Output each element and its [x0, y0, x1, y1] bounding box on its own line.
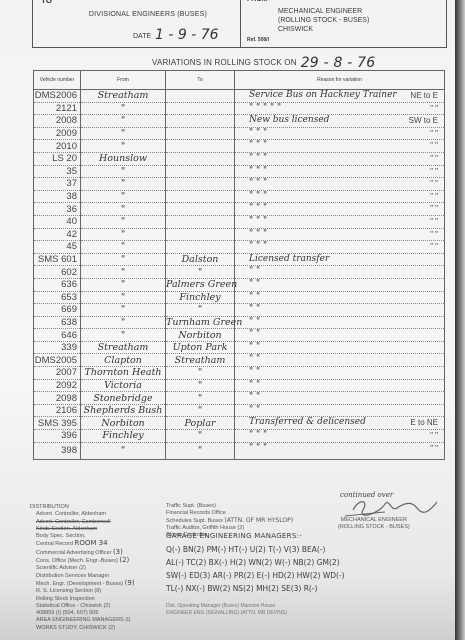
table-body: DMS2006StreathamService Bus on Hackney T…: [34, 90, 445, 460]
to-garage: [166, 178, 235, 191]
vehicle-number: 398: [34, 442, 81, 459]
reason-cell: " ": [235, 291, 445, 304]
from-garage: Victoria: [81, 379, 166, 392]
table-row: 2098Stonebridge"" ": [34, 392, 445, 405]
vehicle-number: 653: [34, 291, 81, 304]
table-row: 40"" " "" ": [34, 215, 445, 228]
scan-edge-shadow: [455, 0, 465, 640]
signatory-line: MECHANICAL ENGINEER: [338, 517, 410, 524]
reason-cell: " ": [235, 316, 445, 329]
distribution-item-text: Mech. Engr. (Development - Buses): [36, 581, 123, 587]
reason-text: Service Bus on Hackney Trainer: [249, 90, 397, 101]
from-garage: Stonebridge: [81, 392, 166, 405]
reason-cell: " " "" ": [235, 190, 445, 203]
distribution-list: DISTRIBUTION Advert. Controller, Aldenha…: [30, 504, 155, 632]
table-row: 396Finchley"" " "" ": [34, 430, 445, 443]
sender-line: (ROLLING STOCK - BUSES): [278, 16, 369, 25]
garage-engineering-managers: GARAGE ENGINEERING MANAGERS:- Q(-) BN(2)…: [166, 530, 456, 595]
reason-text: " ": [249, 367, 260, 378]
from-garage: ": [81, 115, 166, 128]
table-row: 602""" ": [34, 266, 445, 279]
distribution-item: Schedules Supt. Buses (ATTN. OF MR HYSLO…: [166, 517, 316, 525]
sender-line: MECHANICAL ENGINEER: [278, 7, 369, 16]
distribution-item-text: Scientific Adviser (2): [36, 565, 86, 571]
sender: MECHANICAL ENGINEER (ROLLING STOCK - BUS…: [278, 7, 369, 34]
reason-text: " " ": [249, 241, 267, 252]
reason-text: New bus licensed: [249, 115, 329, 126]
distribution-item-text: Advert. Controller, Aldenham: [36, 511, 106, 517]
reason-text: " " " " ": [249, 103, 281, 114]
vehicle-number: 2106: [34, 404, 81, 417]
reason-cell: " " "" ": [235, 228, 445, 241]
from-garage: Thornton Heath: [81, 367, 166, 380]
from-garage: Finchley: [81, 430, 166, 443]
reason-text: " " ": [249, 166, 267, 177]
reason-cell: " " "" ": [235, 178, 445, 191]
vehicle-number: 35: [34, 165, 81, 178]
distribution-item-text: Advert. Controller, Camberwell: [36, 519, 111, 525]
table-row: LS 20Hounslow" " "" ": [34, 152, 445, 165]
from-garage: ": [81, 316, 166, 329]
reason-cell: " " " " "" ": [235, 102, 445, 115]
reason-cell: " " "" ": [235, 165, 445, 178]
document-title: VARIATIONS IN ROLLING STOCK ON29 - 8 - 7…: [152, 55, 375, 71]
reason-cell: Service Bus on Hackney TrainerNE to E: [235, 90, 445, 103]
table-row: 37"" " "" ": [34, 178, 445, 191]
reason-text: " " ": [249, 216, 267, 227]
from-garage: Streatham: [81, 90, 166, 103]
table-row: 2009"" " "" ": [34, 127, 445, 140]
to-garage: [166, 115, 235, 128]
to-garage: Upton Park: [166, 341, 235, 354]
vehicle-number: 2009: [34, 127, 81, 140]
from-garage: ": [81, 442, 166, 459]
from-garage: ": [81, 190, 166, 203]
to-garage: Finchley: [166, 291, 235, 304]
to-garage: [166, 203, 235, 216]
vehicle-number: 2007: [34, 367, 81, 380]
garage-line: Q(-) BN(2) PM(-) HT(-) U(2) T(-) V(3) BE…: [166, 543, 456, 556]
region-change: " ": [430, 128, 438, 139]
distribution-item-note: (2): [119, 556, 129, 564]
from-garage: ": [81, 291, 166, 304]
distribution-item-text: Distribution Services Manager: [36, 573, 109, 579]
garage-heading: GARAGE ENGINEERING MANAGERS:-: [166, 530, 456, 543]
title-text: VARIATIONS IN ROLLING STOCK ON: [152, 58, 297, 67]
vehicle-number: 45: [34, 241, 81, 254]
table-row: 2008"New bus licensedSW to E: [34, 115, 445, 128]
memo-header: TO DIVISIONAL ENGINEERS (BUSES) DATE 1 -…: [32, 0, 447, 48]
col-to: To: [166, 71, 235, 90]
from-garage: Streatham: [81, 341, 166, 354]
distribution-item: Statistical Office - Chiswick (2): [36, 603, 155, 610]
to-garage: [166, 190, 235, 203]
distribution-item: Central Record ROOM 34: [36, 540, 155, 548]
table-row: SMS 601"DalstonLicensed transfer: [34, 253, 445, 266]
to-label: TO: [41, 0, 52, 5]
reason-cell: " ": [235, 367, 445, 380]
reason-text: " ": [249, 266, 260, 277]
reason-cell: " ": [235, 379, 445, 392]
vehicle-number: 40: [34, 215, 81, 228]
region-change: E to NE: [410, 417, 438, 428]
distribution-item: AREA ENGINEERING MANAGERS (I): [36, 617, 155, 624]
reason-text: " " ": [249, 443, 267, 454]
distribution-item-note: (9): [125, 579, 135, 587]
region-change: " ": [430, 216, 438, 227]
to-garage: ": [166, 379, 235, 392]
distribution-item-text: Schedules Supt. Buses: [166, 518, 223, 524]
reason-cell: " ": [235, 404, 445, 417]
vehicle-number: 638: [34, 316, 81, 329]
to-garage: ": [166, 266, 235, 279]
vehicle-number: SMS 395: [34, 417, 81, 430]
table-row: 653"Finchley" ": [34, 291, 445, 304]
col-from: From: [81, 71, 166, 90]
distribution-item-text: Statistical Office - Chiswick (2): [36, 603, 110, 609]
distribution-items: Advert. Controller, AldenhamAdvert. Cont…: [30, 511, 155, 632]
signature-scribble-icon: [345, 496, 440, 518]
distribution-item: 408859 (I) (504, 607) 505: [36, 610, 155, 617]
table-row: DMS2006StreathamService Bus on Hackney T…: [34, 90, 445, 103]
distribution-item: Rolling Stock Inspection: [36, 596, 155, 603]
reason-text: " ": [249, 317, 260, 328]
distribution-item-text: Body Spec. Section,: [36, 533, 86, 539]
distribution-item-text: Kinds Section, Aldenham: [36, 526, 97, 532]
variations-table: Vehicle number From To Reason for variat…: [33, 70, 445, 460]
reason-cell: " " "" ": [235, 140, 445, 153]
table-row: 38"" " "" ": [34, 190, 445, 203]
reason-text: " ": [249, 380, 260, 391]
footer-notes: Dist. Operating Manager (Buses) Mansion …: [166, 603, 287, 617]
signatory-title: MECHANICAL ENGINEER (ROLLING STOCK - BUS…: [338, 517, 410, 530]
vehicle-number: 38: [34, 190, 81, 203]
table-row: 339StreathamUpton Park" ": [34, 341, 445, 354]
table-row: 398""" " "" ": [34, 442, 445, 459]
distribution-item-note: (3): [113, 548, 123, 556]
table-row: 669""" ": [34, 304, 445, 317]
from-garage: ": [81, 329, 166, 342]
reason-text: " ": [249, 354, 260, 365]
vehicle-number: 2121: [34, 102, 81, 115]
to-garage: ": [166, 392, 235, 405]
to-garage: ": [166, 442, 235, 459]
sender-line: CHISWICK: [278, 25, 369, 34]
distribution-item-text: Central Record: [36, 541, 73, 547]
region-change: " ": [430, 178, 438, 189]
title-date: 29 - 8 - 76: [301, 55, 376, 71]
vehicle-number: 2010: [34, 140, 81, 153]
reason-cell: " ": [235, 341, 445, 354]
reason-text: Licensed transfer: [249, 254, 329, 265]
from-garage: ": [81, 203, 166, 216]
reason-text: " ": [249, 329, 260, 340]
from-garage: Norbiton: [81, 417, 166, 430]
reason-cell: New bus licensedSW to E: [235, 115, 445, 128]
vehicle-number: 602: [34, 266, 81, 279]
signatory-line: (ROLLING STOCK - BUSES): [338, 524, 410, 531]
to-garage: [166, 165, 235, 178]
distribution-item: Mech. Engr. (Development - Buses) (9): [36, 580, 155, 588]
distribution-item-text: 408859 (I) (504, 607) 505: [36, 610, 98, 616]
vehicle-number: 646: [34, 329, 81, 342]
to-garage: ": [166, 367, 235, 380]
vehicle-number: 36: [34, 203, 81, 216]
reason-cell: " " "" ": [235, 215, 445, 228]
vehicle-number: SMS 601: [34, 253, 81, 266]
to-garage: ": [166, 304, 235, 317]
to-garage: [166, 140, 235, 153]
table-row: 2010"" " "" ": [34, 140, 445, 153]
to-garage: Norbiton: [166, 329, 235, 342]
vehicle-number: 2098: [34, 392, 81, 405]
table-row: 2092Victoria"" ": [34, 379, 445, 392]
distribution-item: Commercial Advertising Officer (3): [36, 549, 155, 557]
distribution-item-text: Traffic Supt. (Buses): [166, 503, 216, 509]
table-row: 42"" " "" ": [34, 228, 445, 241]
reason-text: Transferred & delicensed: [249, 417, 366, 428]
to-garage: Streatham: [166, 354, 235, 367]
table-row: 638"Turnham Green" ": [34, 316, 445, 329]
distribution-item: Advert. Controller, Aldenham: [36, 511, 155, 518]
garage-line: AL(-) TC(2) BX(-) H(2) WN(2) W(-) NB(2) …: [166, 556, 456, 569]
from-garage: ": [81, 165, 166, 178]
distribution-item: Cons. Office (Mech. Engr.-Buses) (2): [36, 557, 155, 565]
from-garage: ": [81, 253, 166, 266]
to-garage: [166, 228, 235, 241]
garage-line: TL(-) NX(-) BW(2) NS(2) MH(2) SE(3) R(-): [166, 582, 456, 595]
vehicle-number: LS 20: [34, 152, 81, 165]
reason-cell: " ": [235, 304, 445, 317]
reason-text: " " ": [249, 153, 267, 164]
reason-cell: " ": [235, 392, 445, 405]
region-change: " ": [430, 166, 438, 177]
document-page: TO DIVISIONAL ENGINEERS (BUSES) DATE 1 -…: [0, 0, 455, 640]
vehicle-number: 669: [34, 304, 81, 317]
col-vehicle-number: Vehicle number: [34, 71, 81, 90]
table-header-row: Vehicle number From To Reason for variat…: [34, 71, 445, 90]
from-garage: ": [81, 102, 166, 115]
table-row: 2007Thornton Heath"" ": [34, 367, 445, 380]
reason-text: " ": [249, 304, 260, 315]
reason-text: " ": [249, 392, 260, 403]
distribution-item: Traffic Supt. (Buses): [166, 503, 316, 510]
from-garage: ": [81, 278, 166, 291]
reason-text: " " ": [249, 178, 267, 189]
region-change: " ": [430, 229, 438, 240]
reason-cell: Licensed transfer: [235, 253, 445, 266]
reason-text: " ": [249, 279, 260, 290]
reason-cell: " " "" ": [235, 241, 445, 254]
table-row: DMS2005ClaptonStreatham" ": [34, 354, 445, 367]
region-change: NE to E: [410, 90, 438, 101]
distribution-item-text: Financial Records Office: [166, 510, 226, 516]
vehicle-number: 339: [34, 341, 81, 354]
date-value: 1 - 9 - 76: [155, 27, 219, 43]
vehicle-number: 2008: [34, 115, 81, 128]
garage-line: SW(-) ED(3) AR(-) PR(2) E(-) HD(2) HW(2)…: [166, 569, 456, 582]
recipient: DIVISIONAL ENGINEERS (BUSES): [63, 11, 233, 18]
table-row: 646"Norbiton" ": [34, 329, 445, 342]
reason-text: " ": [249, 342, 260, 353]
vehicle-number: DMS2006: [34, 90, 81, 103]
distribution-item-note: (ATTN. OF MR HYSLOP): [224, 517, 293, 524]
vehicle-number: 396: [34, 430, 81, 443]
date-label: DATE: [133, 33, 151, 40]
region-change: " ": [430, 140, 438, 151]
to-garage: [166, 90, 235, 103]
vehicle-number: 37: [34, 178, 81, 191]
from-label: FROM: [247, 0, 268, 3]
reason-text: " ": [249, 405, 260, 416]
distribution-item: WORKS STUDY, CHISWICK (2): [36, 625, 155, 632]
from-garage: ": [81, 241, 166, 254]
table-row: SMS 395NorbitonPoplarTransferred & delic…: [34, 417, 445, 430]
distribution-item-text: WORKS STUDY, CHISWICK (2): [36, 625, 115, 631]
distribution-item-text: Rolling Stock Inspection: [36, 596, 95, 602]
table-row: 35"" " "" ": [34, 165, 445, 178]
vehicle-number: 2092: [34, 379, 81, 392]
distribution-item: Scientific Adviser (2): [36, 565, 155, 572]
to-garage: [166, 127, 235, 140]
reason-cell: " ": [235, 266, 445, 279]
vehicle-number: DMS2005: [34, 354, 81, 367]
distribution-item-note: ROOM 34: [75, 539, 108, 547]
distribution-item-text: Cons. Office (Mech. Engr.-Buses): [36, 558, 118, 564]
reason-text: " " ": [249, 203, 267, 214]
col-reason: Reason for variation: [235, 71, 445, 90]
table-row: 636"Palmers Green" ": [34, 278, 445, 291]
to-garage: [166, 102, 235, 115]
reason-text: " " ": [249, 430, 267, 441]
reason-text: " " ": [249, 140, 267, 151]
from-garage: Hounslow: [81, 152, 166, 165]
from-garage: Clapton: [81, 354, 166, 367]
footer-line: Dist. Operating Manager (Buses) Mansion …: [166, 603, 287, 610]
reason-cell: " ": [235, 278, 445, 291]
reason-text: " " ": [249, 229, 267, 240]
table-row: 36"" " "" ": [34, 203, 445, 216]
from-garage: ": [81, 178, 166, 191]
region-change: " ": [430, 241, 438, 252]
reason-cell: Transferred & delicensedE to NE: [235, 417, 445, 430]
to-garage: [166, 241, 235, 254]
to-garage: Dalston: [166, 253, 235, 266]
distribution-item-text: AREA ENGINEERING MANAGERS (I): [36, 617, 130, 623]
from-garage: ": [81, 127, 166, 140]
from-garage: ": [81, 140, 166, 153]
to-garage: Turnham Green: [166, 316, 235, 329]
reason-cell: " " "" ": [235, 430, 445, 443]
signature: [345, 496, 440, 516]
to-garage: ": [166, 404, 235, 417]
reason-cell: " " "" ": [235, 442, 445, 459]
table-row: 2106Shepherds Bush"" ": [34, 404, 445, 417]
region-change: " ": [430, 153, 438, 164]
to-garage: Palmers Green: [166, 278, 235, 291]
to-garage: ": [166, 430, 235, 443]
from-garage: ": [81, 215, 166, 228]
header-divider: [240, 0, 241, 47]
reason-text: " ": [249, 292, 260, 303]
from-garage: ": [81, 304, 166, 317]
distribution-item: Financial Records Office: [166, 510, 316, 517]
footer-line: ENGINEER ENG (SIGNALLING) (ATTN. MR DEVI…: [166, 610, 287, 617]
reason-cell: " " "" ": [235, 203, 445, 216]
table-row: 45"" " "" ": [34, 241, 445, 254]
region-change: " ": [430, 203, 438, 214]
distribution-item-text: Commercial Advertising Officer: [36, 550, 111, 556]
region-change: " ": [430, 103, 438, 114]
region-change: " ": [430, 191, 438, 202]
reason-text: " " ": [249, 128, 267, 139]
vehicle-number: 42: [34, 228, 81, 241]
reason-cell: " ": [235, 329, 445, 342]
from-garage: ": [81, 228, 166, 241]
vehicle-number: 636: [34, 278, 81, 291]
to-garage: [166, 215, 235, 228]
reference: Ref. 508/I: [247, 37, 269, 43]
distribution-item: R. S. Licensing Section (8): [36, 588, 155, 595]
to-garage: [166, 152, 235, 165]
distribution-item-text: R. S. Licensing Section (8): [36, 588, 101, 594]
reason-cell: " ": [235, 354, 445, 367]
distribution-item: Advert. Controller, Camberwell: [36, 519, 155, 526]
distribution-heading: DISTRIBUTION: [30, 504, 155, 511]
from-garage: Shepherds Bush: [81, 404, 166, 417]
from-garage: ": [81, 266, 166, 279]
reason-cell: " " "" ": [235, 152, 445, 165]
table-row: 2121"" " " " "" ": [34, 102, 445, 115]
reason-text: " " ": [249, 191, 267, 202]
region-change: SW to E: [409, 115, 438, 126]
region-change: " ": [430, 430, 438, 441]
reason-cell: " " "" ": [235, 127, 445, 140]
to-garage: Poplar: [166, 417, 235, 430]
distribution-item: Kinds Section, Aldenham: [36, 526, 155, 533]
distribution-item: Distribution Services Manager: [36, 573, 155, 580]
region-change: " ": [430, 443, 438, 454]
